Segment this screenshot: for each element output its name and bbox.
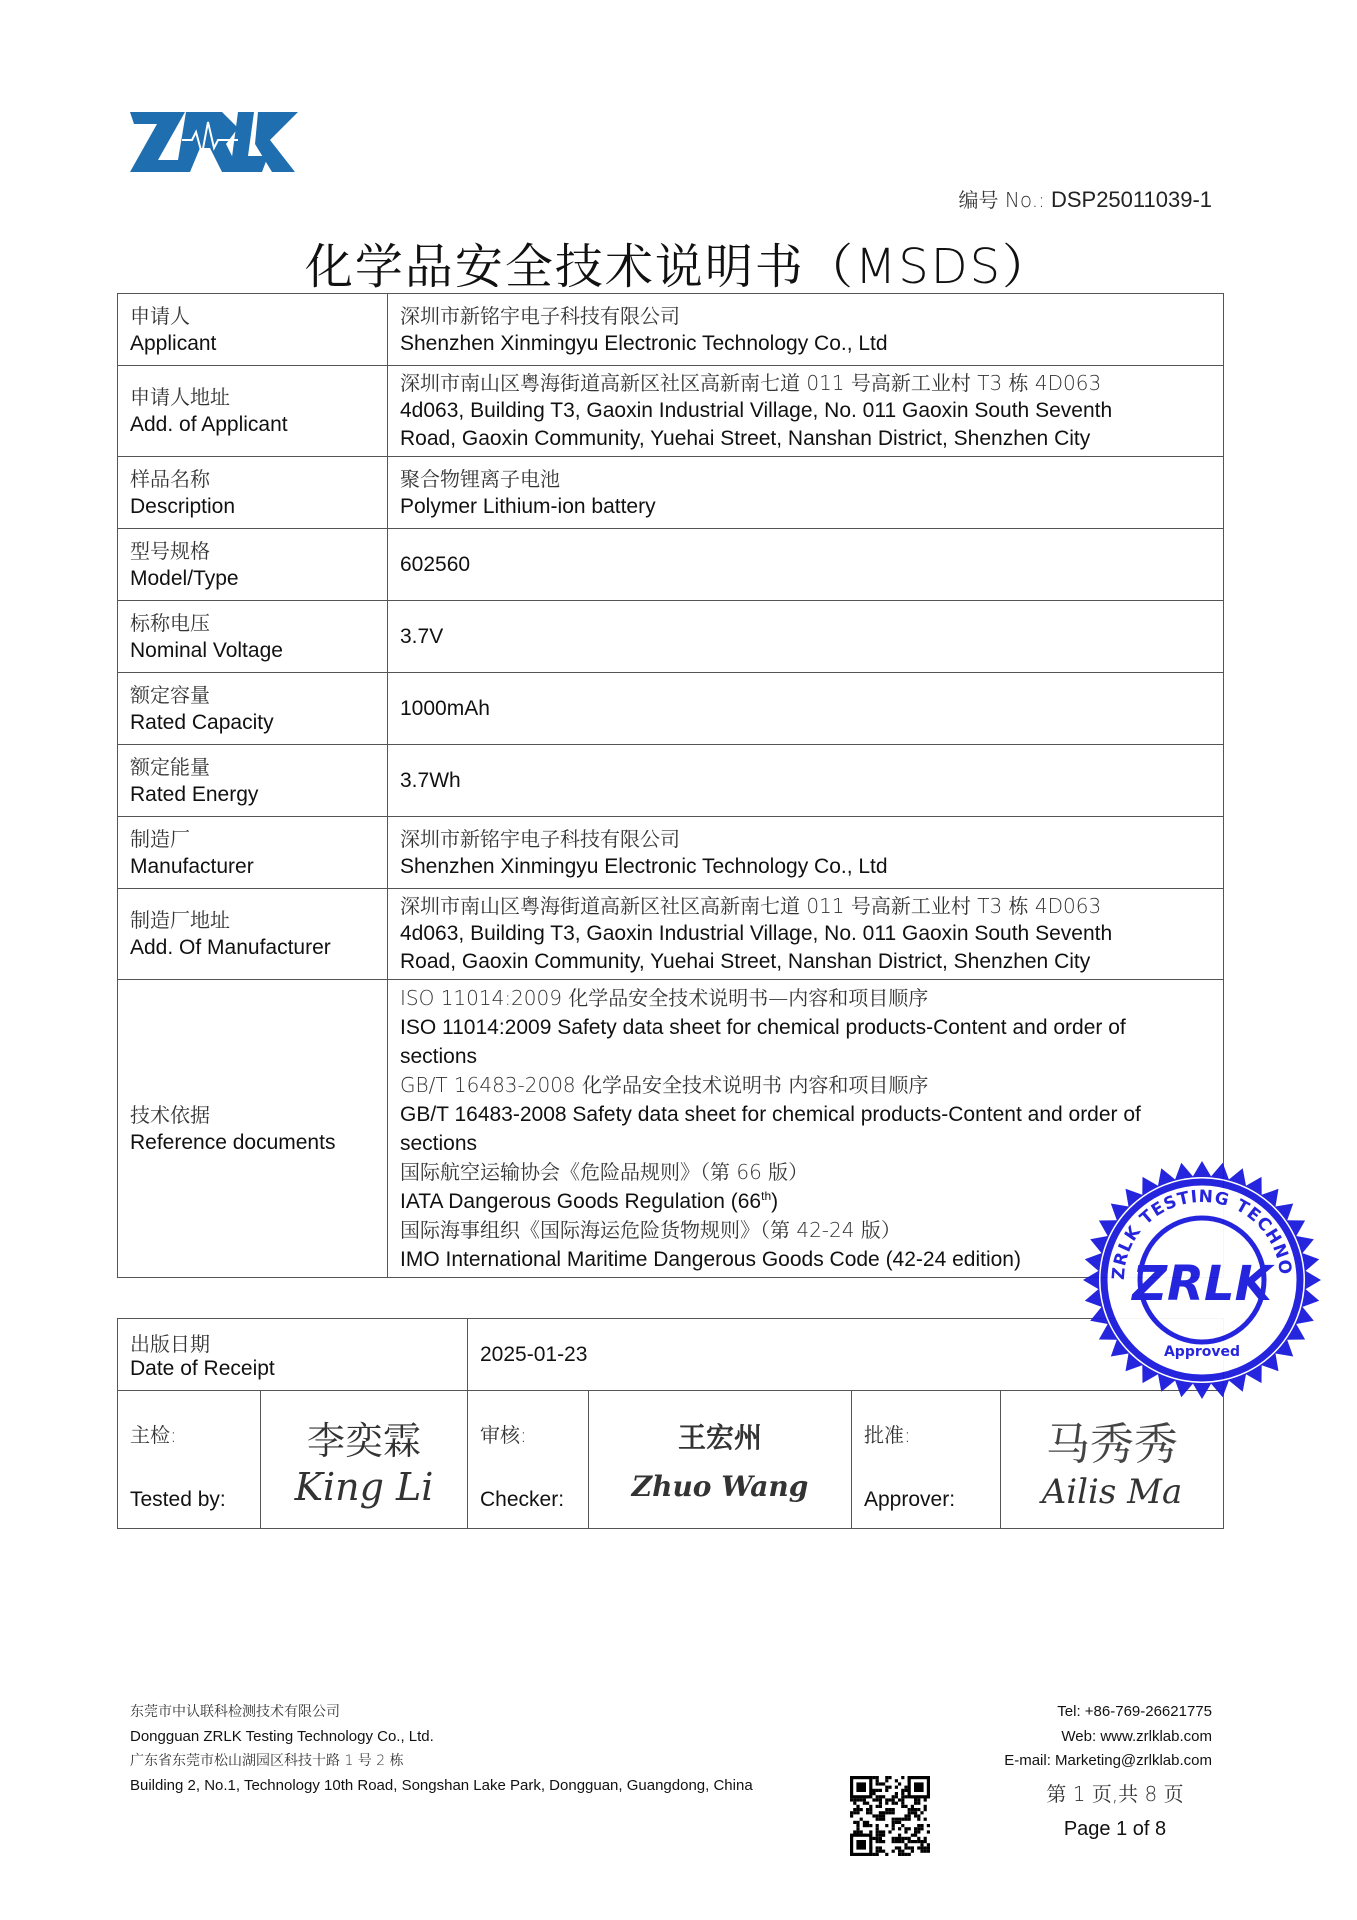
checker-en: Checker: bbox=[480, 1488, 576, 1512]
approval-stamp-icon: ZRLK TESTING TECHNOLOGY CO., LDT Approve… bbox=[1082, 1160, 1322, 1400]
approver-en: Approver: bbox=[864, 1488, 988, 1512]
receipt-key-en: Date of Receipt bbox=[130, 1357, 455, 1381]
reference-key: 技术依据Reference documents bbox=[118, 980, 388, 1278]
checker-label: 审核: Checker: bbox=[468, 1391, 589, 1529]
reference-line: ISO 11014:2009 Safety data sheet for che… bbox=[400, 1013, 1211, 1042]
info-key-en: Nominal Voltage bbox=[130, 637, 375, 665]
info-key-en: Applicant bbox=[130, 330, 375, 358]
info-key: 型号规格Model/Type bbox=[118, 529, 388, 601]
footer-web[interactable]: Web: www.zrlklab.com bbox=[1004, 1725, 1212, 1750]
info-value-line: Road, Gaoxin Community, Yuehai Street, N… bbox=[400, 425, 1211, 453]
info-value-line: 聚合物锂离子电池 bbox=[400, 465, 1211, 493]
receipt-row: 出版日期 Date of Receipt 2025-01-23 bbox=[118, 1319, 1224, 1391]
doc-no-value: DSP25011039-1 bbox=[1051, 187, 1212, 212]
info-row: 制造厂Manufacturer深圳市新铭宇电子科技有限公司Shenzhen Xi… bbox=[118, 817, 1224, 889]
info-key-zh: 制造厂 bbox=[130, 825, 375, 853]
info-value-line: 3.7Wh bbox=[400, 767, 1211, 795]
reference-text: IATA Dangerous Goods Regulation (66 bbox=[400, 1190, 761, 1213]
reference-line: sections bbox=[400, 1042, 1211, 1071]
reference-text: 国际海事组织《国际海运危险货物规则》（第 42-24 版） bbox=[400, 1218, 901, 1242]
info-value-line: Shenzhen Xinmingyu Electronic Technology… bbox=[400, 853, 1211, 881]
info-value-line: 602560 bbox=[400, 551, 1211, 579]
info-key: 申请人Applicant bbox=[118, 294, 388, 366]
qr-code-icon bbox=[850, 1776, 930, 1856]
info-value-line: Shenzhen Xinmingyu Electronic Technology… bbox=[400, 330, 1211, 358]
info-key-zh: 额定容量 bbox=[130, 681, 375, 709]
info-value-line: Road, Gaoxin Community, Yuehai Street, N… bbox=[400, 948, 1211, 976]
info-key-zh: 额定能量 bbox=[130, 753, 375, 781]
receipt-key-zh: 出版日期 bbox=[130, 1328, 455, 1357]
reference-text: ISO 11014:2009 化学品安全技术说明书—内容和项目顺序 bbox=[400, 986, 928, 1010]
info-value-line: 3.7V bbox=[400, 623, 1211, 651]
info-key-zh: 标称电压 bbox=[130, 609, 375, 637]
info-key: 样品名称Description bbox=[118, 457, 388, 529]
page-indicator: 第 1 页,共 8 页 Page 1 of 8 bbox=[1030, 1778, 1200, 1858]
reference-key-zh: 技术依据 bbox=[130, 1101, 375, 1129]
info-key-zh: 申请人地址 bbox=[130, 383, 375, 411]
info-row: 制造厂地址Add. Of Manufacturer深圳市南山区粤海街道高新区社区… bbox=[118, 889, 1224, 980]
doc-no-label: 编号 No.: bbox=[959, 188, 1045, 212]
info-key-en: Model/Type bbox=[130, 565, 375, 593]
info-key-en: Rated Capacity bbox=[130, 709, 375, 737]
info-key-zh: 型号规格 bbox=[130, 537, 375, 565]
info-key: 额定能量Rated Energy bbox=[118, 745, 388, 817]
info-key-zh: 样品名称 bbox=[130, 465, 375, 493]
footer-tel: Tel: +86-769-26621775 bbox=[1004, 1700, 1212, 1725]
info-value-line: Polymer Lithium-ion battery bbox=[400, 493, 1211, 521]
zrlk-logo bbox=[130, 104, 300, 176]
reference-text: ISO 11014:2009 Safety data sheet for che… bbox=[400, 1016, 1126, 1039]
checker-signature: 王宏州 Zhuo Wang bbox=[589, 1391, 852, 1529]
tested-signature: 李奕霖 King Li bbox=[261, 1391, 468, 1529]
info-row: 申请人Applicant深圳市新铭宇电子科技有限公司Shenzhen Xinmi… bbox=[118, 294, 1224, 366]
checker-zh: 审核: bbox=[480, 1419, 576, 1448]
approver-sig-en: Ailis Ma bbox=[1002, 1472, 1222, 1512]
tested-sig-zh: 李奕霖 bbox=[262, 1410, 466, 1465]
info-value-line: 4d063, Building T3, Gaoxin Industrial Vi… bbox=[400, 920, 1211, 948]
info-key-en: Manufacturer bbox=[130, 853, 375, 881]
info-value-line: 深圳市南山区粤海街道高新区社区高新南七道 011 号高新工业村 T3 栋 4D0… bbox=[400, 892, 1211, 920]
footer-company-info: 东莞市中认联科检测技术有限公司 Dongguan ZRLK Testing Te… bbox=[130, 1700, 753, 1798]
info-value-line: 深圳市新铭宇电子科技有限公司 bbox=[400, 302, 1211, 330]
info-key: 申请人地址Add. of Applicant bbox=[118, 366, 388, 457]
checker-sig-zh: 王宏州 bbox=[590, 1416, 850, 1456]
info-key-en: Rated Energy bbox=[130, 781, 375, 809]
info-table: 申请人Applicant深圳市新铭宇电子科技有限公司Shenzhen Xinmi… bbox=[117, 293, 1224, 1278]
info-value: 深圳市新铭宇电子科技有限公司Shenzhen Xinmingyu Electro… bbox=[388, 294, 1224, 366]
info-key-zh: 申请人 bbox=[130, 302, 375, 330]
info-key: 制造厂地址Add. Of Manufacturer bbox=[118, 889, 388, 980]
signature-row: 主检: Tested by: 李奕霖 King Li 审核: Checker: … bbox=[118, 1391, 1224, 1529]
approver-sig-zh: 马秀秀 bbox=[1002, 1408, 1222, 1472]
info-row: 型号规格Model/Type602560 bbox=[118, 529, 1224, 601]
page-title: 化学品安全技术说明书（MSDS） bbox=[0, 228, 1357, 297]
info-row: 标称电压Nominal Voltage3.7V bbox=[118, 601, 1224, 673]
footer-address-zh: 广东省东莞市松山湖园区科技十路 1 号 2 栋 bbox=[130, 1749, 753, 1774]
reference-text: sections bbox=[400, 1132, 477, 1155]
svg-text:ZRLK: ZRLK bbox=[1130, 1256, 1275, 1312]
reference-line: ISO 11014:2009 化学品安全技术说明书—内容和项目顺序 bbox=[400, 984, 1211, 1013]
info-key: 标称电压Nominal Voltage bbox=[118, 601, 388, 673]
signature-table: 出版日期 Date of Receipt 2025-01-23 主检: Test… bbox=[117, 1318, 1224, 1529]
tested-by-label: 主检: Tested by: bbox=[118, 1391, 261, 1529]
tested-en: Tested by: bbox=[130, 1488, 248, 1512]
info-key: 额定容量Rated Capacity bbox=[118, 673, 388, 745]
tested-sig-en: King Li bbox=[262, 1465, 466, 1509]
reference-row: 技术依据Reference documentsISO 11014:2009 化学… bbox=[118, 980, 1224, 1278]
svg-text:Approved: Approved bbox=[1164, 1344, 1240, 1360]
info-key-en: Add. Of Manufacturer bbox=[130, 934, 375, 962]
info-value: 深圳市南山区粤海街道高新区社区高新南七道 011 号高新工业村 T3 栋 4D0… bbox=[388, 889, 1224, 980]
reference-key-en: Reference documents bbox=[130, 1129, 375, 1157]
reference-text: GB/T 16483-2008 化学品安全技术说明书 内容和项目顺序 bbox=[400, 1073, 928, 1097]
reference-line: GB/T 16483-2008 化学品安全技术说明书 内容和项目顺序 bbox=[400, 1071, 1211, 1100]
reference-text: sections bbox=[400, 1045, 477, 1068]
iata-superscript: th bbox=[761, 1189, 771, 1203]
info-row: 额定容量Rated Capacity1000mAh bbox=[118, 673, 1224, 745]
info-value-line: 深圳市南山区粤海街道高新区社区高新南七道 011 号高新工业村 T3 栋 4D0… bbox=[400, 369, 1211, 397]
footer-company-en: Dongguan ZRLK Testing Technology Co., Lt… bbox=[130, 1725, 753, 1750]
document-number: 编号 No.: DSP25011039-1 bbox=[959, 184, 1212, 213]
info-key-en: Description bbox=[130, 493, 375, 521]
reference-text: 国际航空运输协会《危险品规则》（第 66 版） bbox=[400, 1160, 808, 1184]
info-key-zh: 制造厂地址 bbox=[130, 906, 375, 934]
approver-zh: 批准: bbox=[864, 1419, 988, 1448]
info-value-line: 1000mAh bbox=[400, 695, 1211, 723]
info-value: 1000mAh bbox=[388, 673, 1224, 745]
info-row: 样品名称Description聚合物锂离子电池Polymer Lithium-i… bbox=[118, 457, 1224, 529]
receipt-key: 出版日期 Date of Receipt bbox=[118, 1319, 468, 1391]
reference-text: GB/T 16483-2008 Safety data sheet for ch… bbox=[400, 1103, 1141, 1126]
info-value: 深圳市南山区粤海街道高新区社区高新南七道 011 号高新工业村 T3 栋 4D0… bbox=[388, 366, 1224, 457]
iata-close: ) bbox=[771, 1190, 778, 1213]
info-value: 3.7Wh bbox=[388, 745, 1224, 817]
page-indicator-en: Page 1 of 8 bbox=[1030, 1818, 1200, 1858]
info-key-en: Add. of Applicant bbox=[130, 411, 375, 439]
footer-address-en: Building 2, No.1, Technology 10th Road, … bbox=[130, 1774, 753, 1799]
page-indicator-zh: 第 1 页,共 8 页 bbox=[1030, 1778, 1200, 1818]
reference-text: IMO International Maritime Dangerous Goo… bbox=[400, 1248, 1021, 1271]
info-row: 额定能量Rated Energy3.7Wh bbox=[118, 745, 1224, 817]
info-row: 申请人地址Add. of Applicant深圳市南山区粤海街道高新区社区高新南… bbox=[118, 366, 1224, 457]
approver-label: 批准: Approver: bbox=[852, 1391, 1001, 1529]
info-value-line: 4d063, Building T3, Gaoxin Industrial Vi… bbox=[400, 397, 1211, 425]
footer-email[interactable]: E-mail: Marketing@zrlklab.com bbox=[1004, 1749, 1212, 1774]
info-value: 3.7V bbox=[388, 601, 1224, 673]
footer-company-zh: 东莞市中认联科检测技术有限公司 bbox=[130, 1700, 753, 1725]
approver-signature: 马秀秀 Ailis Ma bbox=[1001, 1391, 1224, 1529]
reference-line: sections bbox=[400, 1129, 1211, 1158]
footer-contact: Tel: +86-769-26621775 Web: www.zrlklab.c… bbox=[1004, 1700, 1212, 1774]
info-value: 深圳市新铭宇电子科技有限公司Shenzhen Xinmingyu Electro… bbox=[388, 817, 1224, 889]
info-value-line: 深圳市新铭宇电子科技有限公司 bbox=[400, 825, 1211, 853]
info-value: 602560 bbox=[388, 529, 1224, 601]
reference-line: GB/T 16483-2008 Safety data sheet for ch… bbox=[400, 1100, 1211, 1129]
info-value: 聚合物锂离子电池Polymer Lithium-ion battery bbox=[388, 457, 1224, 529]
checker-sig-en: Zhuo Wang bbox=[590, 1470, 850, 1503]
tested-zh: 主检: bbox=[130, 1419, 248, 1448]
info-key: 制造厂Manufacturer bbox=[118, 817, 388, 889]
